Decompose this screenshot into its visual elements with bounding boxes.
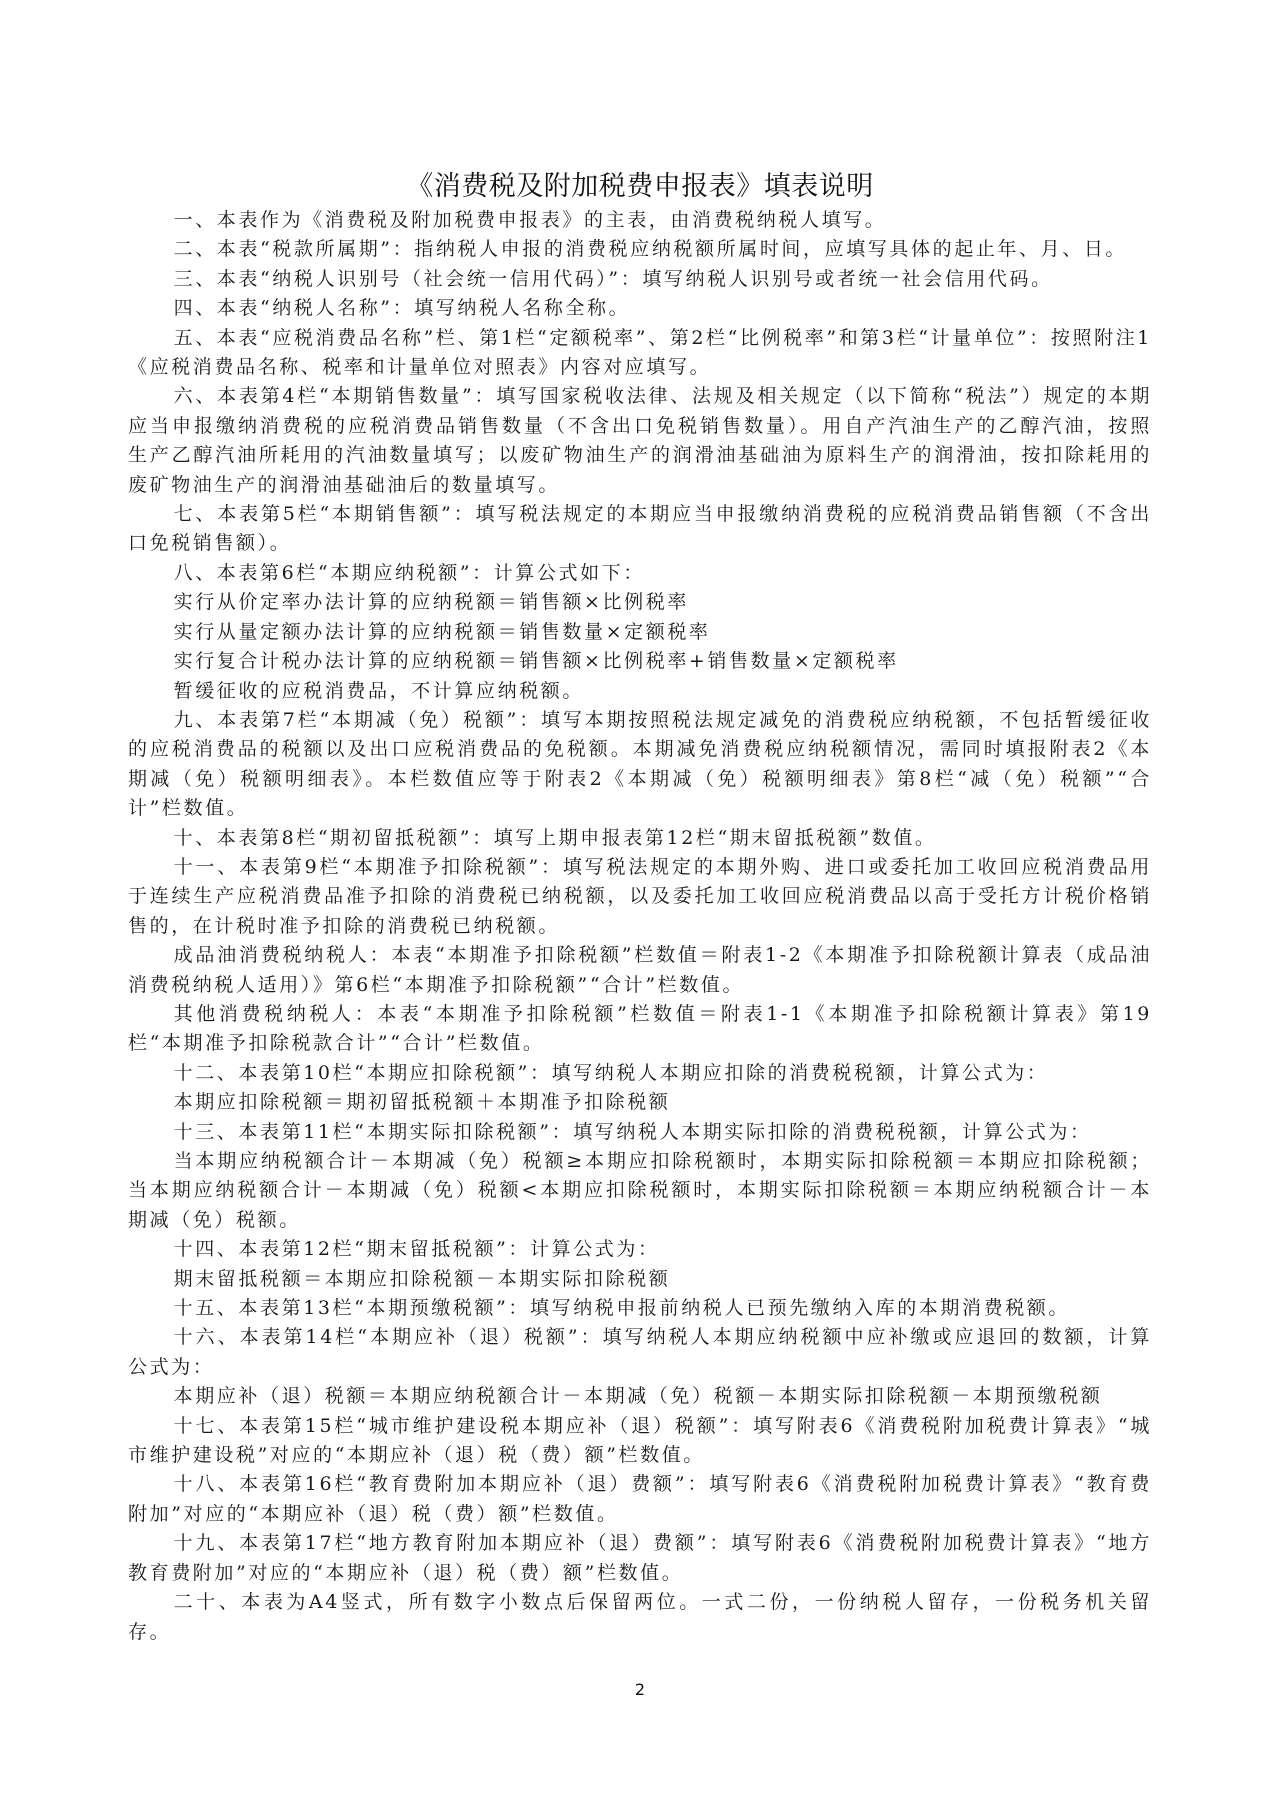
- paragraph-6: 六、本表第4栏“本期销售数量”：填写国家税收法律、法规及相关规定（以下简称“税法…: [128, 382, 1152, 500]
- paragraph-5: 五、本表“应税消费品名称”栏、第1栏“定额税率”、第2栏“比例税率”和第3栏“计…: [128, 324, 1152, 383]
- paragraph-18: 十八、本表第16栏“教育费附加本期应补（退）费额”：填写附表6《消费税附加税费计…: [128, 1470, 1152, 1529]
- paragraph-16: 十六、本表第14栏“本期应补（退）税额”：填写纳税人本期应纳税额中应补缴或应退回…: [128, 1323, 1152, 1382]
- formula-ending-credit: 期末留抵税额＝本期应扣除税额－本期实际扣除税额: [128, 1265, 1152, 1294]
- paragraph-12: 十二、本表第10栏“本期应扣除税额”：填写纳税人本期应扣除的消费税税额，计算公式…: [128, 1059, 1152, 1088]
- paragraph-19: 十九、本表第17栏“地方教育附加本期应补（退）费额”：填写附表6《消费税附加税费…: [128, 1529, 1152, 1588]
- paragraph-13: 十三、本表第11栏“本期实际扣除税额”：填写纳税人本期实际扣除的消费税税额，计算…: [128, 1118, 1152, 1147]
- formula-compound: 实行复合计税办法计算的应纳税额＝销售额×比例税率+销售数量×定额税率: [128, 647, 1152, 676]
- paragraph-9: 九、本表第7栏“本期减（免）税额”：填写本期按照税法规定减免的消费税应纳税额，不…: [128, 706, 1152, 824]
- paragraph-1: 一、本表作为《消费税及附加税费申报表》的主表，由消费税纳税人填写。: [128, 206, 1152, 235]
- paragraph-14: 十四、本表第12栏“期末留抵税额”：计算公式为：: [128, 1235, 1152, 1264]
- paragraph-7: 七、本表第5栏“本期销售额”：填写税法规定的本期应当申报缴纳消费税的应税消费品销…: [128, 500, 1152, 559]
- paragraph-11-refined-oil: 成品油消费税纳税人：本表“本期准予扣除税额”栏数值＝附表1-2《本期准予扣除税额…: [128, 941, 1152, 1000]
- paragraph-4: 四、本表“纳税人名称”：填写纳税人名称全称。: [128, 294, 1152, 323]
- formula-specific: 实行从量定额办法计算的应纳税额＝销售数量×定额税率: [128, 618, 1152, 647]
- paragraph-11-other: 其他消费税纳税人：本表“本期准予扣除税额”栏数值＝附表1-1《本期准予扣除税额计…: [128, 1000, 1152, 1059]
- paragraph-10: 十、本表第8栏“期初留抵税额”：填写上期申报表第12栏“期末留抵税额”数值。: [128, 824, 1152, 853]
- paragraph-2: 二、本表“税款所属期”：指纳税人申报的消费税应纳税额所属时间，应填写具体的起止年…: [128, 235, 1152, 264]
- paragraph-8: 八、本表第6栏“本期应纳税额”：计算公式如下：: [128, 559, 1152, 588]
- formula-ad-valorem: 实行从价定率办法计算的应纳税额＝销售额×比例税率: [128, 588, 1152, 617]
- formula-refund: 本期应补（退）税额＝本期应纳税额合计－本期减（免）税额－本期实际扣除税额－本期预…: [128, 1382, 1152, 1411]
- paragraph-13-rule: 当本期应纳税额合计－本期减（免）税额≥本期应扣除税额时，本期实际扣除税额＝本期应…: [128, 1147, 1152, 1235]
- paragraph-3: 三、本表“纳税人识别号（社会统一信用代码）”：填写纳税人识别号或者统一社会信用代…: [128, 265, 1152, 294]
- document-page: 《消费税及附加税费申报表》填表说明 一、本表作为《消费税及附加税费申报表》的主表…: [0, 0, 1280, 1810]
- page-number: 2: [0, 1680, 1280, 1699]
- formula-deductible: 本期应扣除税额＝期初留抵税额＋本期准予扣除税额: [128, 1088, 1152, 1117]
- paragraph-17: 十七、本表第15栏“城市维护建设税本期应补（退）税额”：填写附表6《消费税附加税…: [128, 1412, 1152, 1471]
- paragraph-11: 十一、本表第9栏“本期准予扣除税额”：填写税法规定的本期外购、进口或委托加工收回…: [128, 853, 1152, 941]
- note-deferred: 暂缓征收的应税消费品，不计算应纳税额。: [128, 677, 1152, 706]
- paragraph-20: 二十、本表为A4竖式，所有数字小数点后保留两位。一式二份，一份纳税人留存，一份税…: [128, 1588, 1152, 1647]
- paragraph-15: 十五、本表第13栏“本期预缴税额”：填写纳税申报前纳税人已预先缴纳入库的本期消费…: [128, 1294, 1152, 1323]
- document-title: 《消费税及附加税费申报表》填表说明: [0, 164, 1280, 203]
- document-body: 一、本表作为《消费税及附加税费申报表》的主表，由消费税纳税人填写。 二、本表“税…: [128, 206, 1152, 1647]
